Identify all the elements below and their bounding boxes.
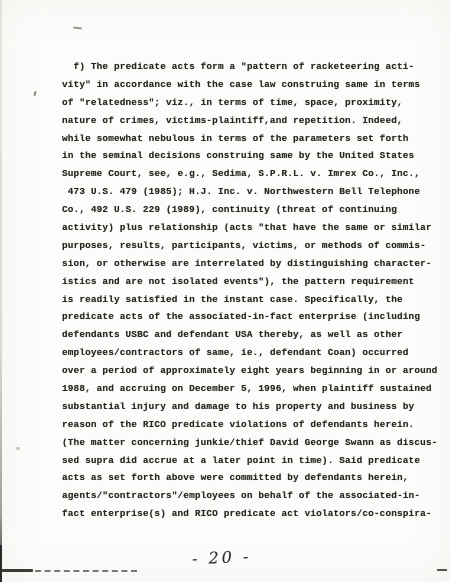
document-line: acts as set forth above were committed b… [62,469,437,487]
document-line: f) The predicate acts form a "pattern of… [62,58,437,76]
scan-smudge-artifact [437,569,447,571]
scan-speck-artifact [33,91,36,96]
document-line: while somewhat nebulous in terms of the … [62,130,437,148]
document-line: of "relatedness"; viz., in terms of time… [62,94,437,112]
document-line: over a period of approximately eight yea… [62,362,437,380]
document-line: predicate acts of the associated-in-fact… [62,308,437,326]
document-line: Supreme Court, see, e.g., Sedima, S.P.R.… [62,165,437,183]
document-line: (The matter concerning junkie/thief Davi… [62,434,437,452]
document-line: agents/"contractors"/employees on behalf… [62,487,437,505]
document-line: nature of crimes, victims-plaintiff,and … [62,112,437,130]
document-line: substantial injury and damage to his pro… [62,398,437,416]
document-line: 473 U.S. 479 (1985); H.J. Inc. v. Northw… [62,183,437,201]
scan-edge-artifact [0,0,2,582]
document-line: reason of the RICO predicate violations … [62,416,437,434]
document-line: fact enterprise(s) and RICO predicate ac… [62,505,437,523]
document-line: activity) plus relationship (acts "that … [62,219,437,237]
document-body: f) The predicate acts form a "pattern of… [62,58,437,523]
scan-speck-artifact [73,27,82,30]
document-line: employees/contractors of same, ie., defe… [62,344,437,362]
document-line: sion, or otherwise are interrelated by d… [62,255,437,273]
document-line: 1988, and accruing on December 5, 1996, … [62,380,437,398]
scan-smudge-artifact [35,570,137,572]
document-line: purposes, results, participants, victims… [62,237,437,255]
document-line: sed supra did accrue at a later point in… [62,452,437,470]
document-page: f) The predicate acts form a "pattern of… [0,0,450,582]
document-line: istics and are not isolated events"), th… [62,273,437,291]
document-line: is readily satisfied in the instant case… [62,291,437,309]
document-line: vity" in accordance with the case law co… [62,76,437,94]
scan-edge-artifact [0,545,2,582]
document-line: Co., 492 U.S. 229 (1989), continuity (th… [62,201,437,219]
page-number-handwritten: - 20 - [192,547,252,569]
document-line: defendants USBC and defendant USA thereb… [62,326,437,344]
scan-smudge-artifact [1,569,33,572]
scan-speck-artifact [16,447,20,450]
document-line: in the seminal decisions construing same… [62,147,437,165]
